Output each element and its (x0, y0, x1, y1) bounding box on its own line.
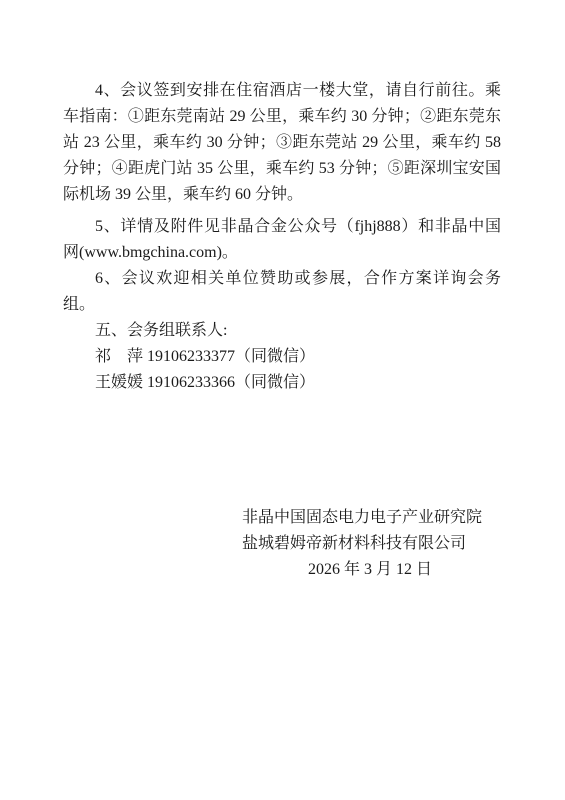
contact-phone: 19106233366 (147, 374, 235, 391)
contact-name: 祁 萍 (95, 348, 143, 365)
contact-note: （同微信） (235, 348, 315, 365)
paragraph-item-5: 5、详情及附件见非晶合金公众号（fjhj888）和非晶中国网(www.bmgch… (63, 214, 501, 266)
paragraph-item-4: 4、会议签到安排在住宿酒店一楼大堂，请自行前往。乘车指南：①距东莞南站 29 公… (63, 78, 501, 208)
signature-block: 非晶中国固态电力电子产业研究院 盐城碧姆帝新材料科技有限公司 2026 年 3 … (242, 505, 482, 583)
contact-line: 祁 萍19106233377（同微信） (63, 344, 501, 370)
paragraph-item-6: 6、会议欢迎相关单位赞助或参展，合作方案详询会务组。 (63, 266, 501, 318)
signature-org-line-1: 非晶中国固态电力电子产业研究院 (242, 505, 482, 531)
signature-org-line-2: 盐城碧姆帝新材料科技有限公司 (242, 531, 482, 557)
signature-date: 2026 年 3 月 12 日 (308, 557, 482, 583)
document-page: 4、会议签到安排在住宿酒店一楼大堂，请自行前往。乘车指南：①距东莞南站 29 公… (0, 0, 565, 800)
contact-name: 王媛媛 (95, 374, 143, 391)
contact-phone: 19106233377 (147, 348, 235, 365)
contact-note: （同微信） (235, 374, 315, 391)
document-body: 4、会议签到安排在住宿酒店一楼大堂，请自行前往。乘车指南：①距东莞南站 29 公… (63, 78, 501, 396)
contacts-heading: 五、会务组联系人: (63, 318, 501, 344)
contact-line: 王媛媛19106233366（同微信） (63, 370, 501, 396)
